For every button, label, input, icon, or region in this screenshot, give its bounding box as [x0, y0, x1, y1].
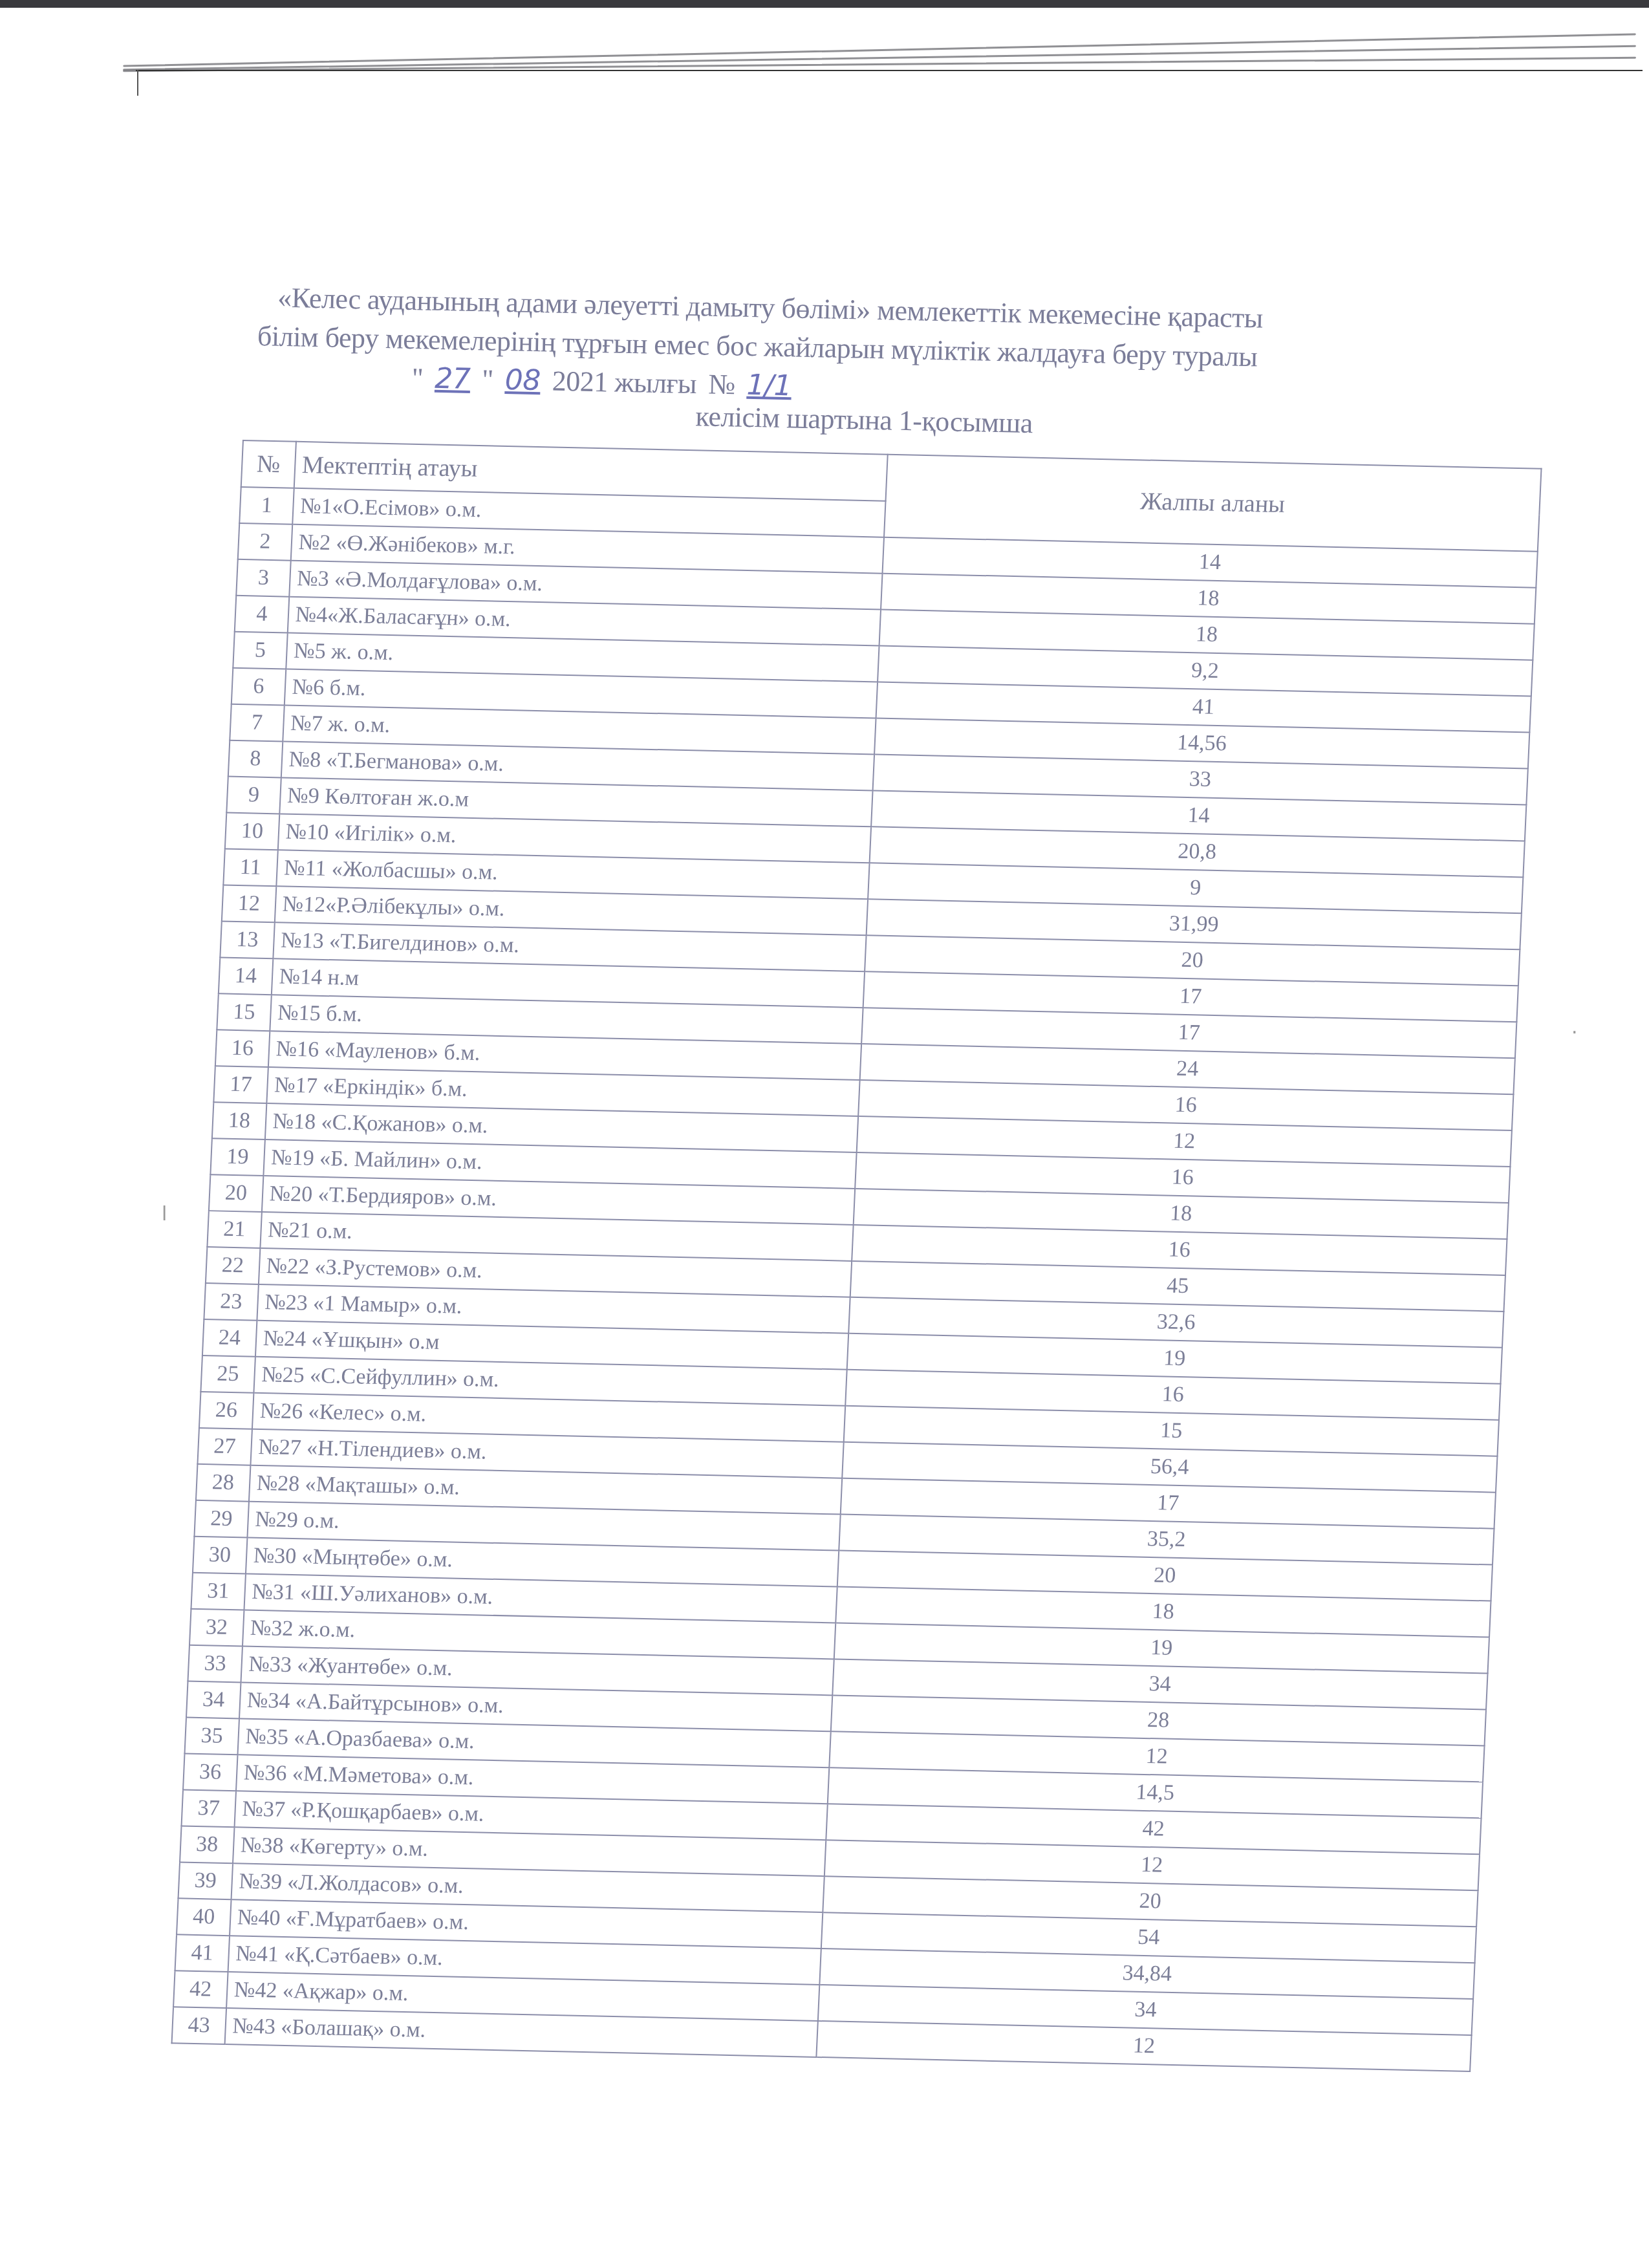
row-number: 16 [215, 1030, 270, 1067]
row-number: 11 [223, 849, 277, 887]
row-number: 18 [212, 1102, 266, 1139]
row-number: 17 [213, 1066, 268, 1103]
row-number: 25 [200, 1355, 255, 1393]
row-number: 43 [172, 2007, 226, 2044]
date-month: 08 [504, 361, 541, 400]
row-number: 26 [199, 1392, 253, 1429]
row-number: 8 [228, 740, 283, 778]
scan-top-border [0, 0, 1649, 8]
row-number: 33 [188, 1645, 242, 1683]
row-number: 36 [183, 1754, 237, 1791]
row-number: 23 [204, 1283, 258, 1321]
row-number: 42 [173, 1971, 228, 2008]
row-number: 7 [230, 704, 284, 742]
row-number: 27 [197, 1428, 252, 1465]
row-number: 6 [232, 668, 286, 706]
column-header-total-area: Жалпы аланы [884, 455, 1542, 552]
row-number: 38 [180, 1826, 234, 1863]
dot-mark: · [1571, 1022, 1578, 1044]
row-number: 22 [206, 1247, 260, 1284]
row-number: 32 [189, 1609, 244, 1647]
column-header-number: № [241, 440, 296, 488]
document-header: «Келес ауданының адами әлеуетті дамыту б… [255, 278, 1551, 454]
row-number: 29 [194, 1500, 248, 1538]
row-number: 39 [178, 1862, 233, 1899]
row-number: 31 [191, 1573, 245, 1610]
row-number: 15 [217, 993, 271, 1031]
row-number: 37 [182, 1789, 236, 1827]
row-number: 21 [207, 1211, 261, 1248]
row-number: 4 [235, 596, 289, 633]
school-areas-table: № Мектептің атауы Жалпы аланы 1№1«О.Есім… [171, 440, 1542, 2072]
row-number: 20 [209, 1174, 263, 1212]
date-year: 2021 жылғы [552, 362, 697, 404]
row-number: 9 [226, 777, 281, 814]
row-number: 41 [175, 1934, 230, 1972]
row-number: 30 [193, 1537, 247, 1574]
row-number: 5 [233, 632, 287, 669]
page-left-edge [137, 70, 138, 96]
row-number: 1 [239, 487, 294, 524]
row-number: 40 [177, 1898, 231, 1936]
row-number: 34 [186, 1681, 241, 1719]
row-number: 10 [225, 813, 279, 850]
row-number: 12 [222, 885, 276, 923]
row-number: 19 [210, 1138, 264, 1176]
row-number: 13 [220, 921, 274, 958]
page-top-edge [136, 70, 1643, 71]
row-number: 2 [238, 523, 292, 561]
row-number: 35 [185, 1718, 239, 1755]
row-number: 24 [202, 1319, 257, 1357]
row-number: 3 [236, 559, 290, 597]
row-number: 28 [196, 1464, 250, 1502]
pen-mark: l [162, 1203, 167, 1226]
paper-stack-edges [123, 26, 1636, 71]
row-number: 14 [219, 957, 273, 995]
date-day: 27 [435, 360, 471, 399]
